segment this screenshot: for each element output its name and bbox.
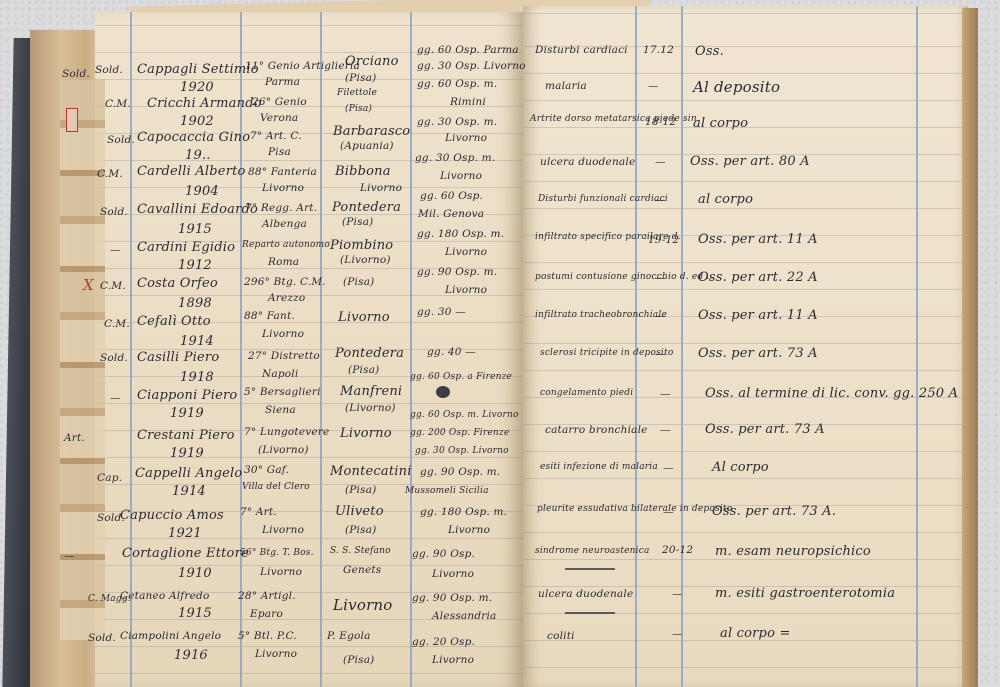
rank: — (110, 244, 121, 256)
unit: 88° Fant. (244, 310, 295, 322)
soldier-name: Crestani Piero (137, 428, 235, 443)
column-rule (130, 12, 132, 687)
district: Villa del Clero (242, 482, 310, 492)
diagnosis: coliti (547, 630, 575, 642)
hospital-record: gg. 30 — (417, 306, 466, 318)
hospital-record: gg. 30 Osp. m. (415, 152, 495, 164)
rank: Sold. (88, 632, 116, 644)
date: — (655, 272, 666, 284)
diagnosis: pleurite essudativa bilaterale in deposi… (537, 504, 732, 514)
rank: — (64, 550, 75, 562)
unit: 88° Fanteria (248, 166, 317, 178)
diagnosis: catarro bronchiale (545, 424, 648, 436)
birth-year: 1919 (170, 446, 204, 461)
date: 18-12 (645, 116, 676, 128)
district: Livorno (262, 524, 304, 536)
district: (Livorno) (258, 444, 309, 456)
district: Roma (268, 256, 299, 268)
column-rule (410, 12, 412, 687)
rank: Cap. (97, 472, 122, 484)
origin-sub: (Pisa) (345, 484, 376, 496)
unit: 5° Bersaglieri (244, 386, 321, 398)
hospital-record-2: Mil. Genova (418, 208, 484, 220)
district: Livorno (260, 566, 302, 578)
origin-sub: (Pisa) (345, 72, 376, 84)
date: — (660, 388, 671, 400)
soldier-name: Ciampolini Angelo (120, 630, 221, 642)
unit: 28° Artigl. (238, 590, 296, 602)
birth-year: 1912 (178, 258, 212, 273)
district: Albenga (262, 218, 307, 230)
diagnosis: ulcera duodenale (540, 156, 635, 168)
hospital-record-2: Alessandria (432, 610, 497, 622)
origin-sub: (Livorno) (340, 254, 391, 266)
origin: (Pisa) (343, 276, 374, 288)
red-tab-marker (66, 108, 78, 132)
hospital-record: gg. 40 — (427, 346, 476, 358)
outcome: Oss. per art. 11 A (698, 308, 818, 323)
date: — (663, 462, 674, 474)
district: Livorno (255, 648, 297, 660)
origin: S. S. Stefano (330, 546, 391, 556)
hospital-record: gg. 90 Osp. m. (420, 466, 500, 478)
soldier-name: Casilli Piero (137, 350, 219, 365)
district: Livorno (262, 182, 304, 194)
hospital-record: gg. 20 Osp. (412, 636, 475, 648)
soldier-name: Cetaneo Alfredo (120, 590, 209, 602)
origin: Livorno (340, 426, 392, 441)
outcome: Oss. per art. 73 A (705, 422, 825, 437)
hospital-record: gg. 30 Osp. m. (417, 116, 497, 128)
origin-sub: Genets (343, 564, 381, 576)
birth-year: 1916 (174, 648, 208, 663)
birth-year: 1921 (168, 526, 202, 541)
rank: Art. (64, 432, 85, 444)
soldier-name: Costa Orfeo (137, 276, 218, 291)
soldier-name: Cavallini Edoardo (137, 202, 258, 217)
origin: Orciano (345, 54, 399, 69)
soldier-name: Capocaccia Gino (137, 130, 250, 145)
unit: 27° Distretto (248, 350, 320, 362)
rank: Sold. (95, 64, 123, 76)
rank: C.M. (97, 168, 123, 180)
hospital-record-2: gg. 30 Osp. Livorno (417, 60, 526, 72)
column-rule (240, 12, 242, 687)
origin-sub: Livorno (360, 182, 402, 194)
date: — (655, 348, 666, 360)
outcome: Oss. per art. 22 A (698, 270, 818, 285)
outcome: m. esiti gastroenterotomia (715, 586, 895, 601)
unit: 11° Genio Artiglieria (245, 60, 360, 72)
unit: 296° Btg. C.M. (244, 276, 326, 288)
outcome: m. esam neuropsichico (715, 544, 871, 559)
rank: Sold. (107, 134, 135, 146)
origin: Manfreni (340, 384, 402, 399)
district: Arezzo (268, 292, 305, 304)
diagnosis: sclerosi tricipite in deposito (540, 348, 673, 358)
unit: 30° Gaf. (244, 464, 289, 476)
diagnosis: congelamento piedi (540, 388, 633, 398)
origin-sub: (Pisa) (348, 364, 379, 376)
unit: Reparto autonomo (242, 240, 330, 250)
birth-year: 1918 (180, 370, 214, 385)
hospital-record: gg. 60 Osp. m. (417, 78, 497, 90)
origin-sub: (Pisa) (345, 104, 372, 114)
soldier-name: Capuccio Amos (120, 508, 224, 523)
district: Verona (260, 112, 298, 124)
date: — (648, 80, 659, 92)
district: Napoli (262, 368, 298, 380)
origin-sub: (Livorno) (345, 402, 396, 414)
column-rule (681, 6, 683, 687)
diagnosis: sindrome neuroastenica (535, 546, 650, 556)
origin-sub: (Pisa) (342, 216, 373, 228)
separator-stroke (565, 568, 615, 570)
hospital-record-2: Livorno (445, 246, 487, 258)
date: — (660, 424, 671, 436)
rank: C.M. (105, 98, 131, 110)
hospital-record-2: Livorno (445, 132, 487, 144)
date: — (672, 588, 683, 600)
origin-sub: (Pisa) (345, 524, 376, 536)
date: 19-12 (648, 234, 679, 246)
unit: 56° Btg. T. Bos. (240, 548, 314, 558)
margin-rank: Sold. (62, 68, 90, 80)
diagnosis: ulcera duodenale (538, 588, 633, 600)
unit: 26° Genio (252, 96, 307, 108)
hospital-record-2: gg. 60 Osp. m. Livorno (410, 410, 519, 420)
unit: 7° Art. C. (250, 130, 302, 142)
birth-year: 1919 (170, 406, 204, 421)
district: Parma (265, 76, 300, 88)
date: 20-12 (662, 544, 693, 556)
diagnosis: infiltrato tracheobronchiale (535, 310, 667, 320)
red-x-mark: X (83, 276, 94, 294)
page-edges-right (962, 8, 978, 687)
column-rule (916, 6, 918, 687)
origin: Bibbona (335, 164, 391, 179)
hospital-record-2: Rimini (450, 96, 486, 108)
unit: 7° Art. (240, 506, 277, 518)
birth-year: 1904 (185, 184, 219, 199)
birth-year: 1915 (178, 606, 212, 621)
hospital-record: gg. 60 Osp. a Firenze (410, 372, 512, 382)
origin: Montecatini (330, 464, 412, 479)
origin: Livorno (333, 596, 393, 614)
hospital-record-2: gg. 30 Osp. Livorno (415, 446, 509, 456)
rank: — (110, 392, 121, 404)
birth-year: 1910 (178, 566, 212, 581)
hospital-record-2: Livorno (445, 284, 487, 296)
origin: Pontedera (332, 200, 401, 215)
outcome: Oss. al termine di lic. conv. gg. 250 A (705, 386, 958, 401)
hospital-record: gg. 60 Osp. Parma (417, 44, 519, 56)
birth-year: 1920 (180, 80, 214, 95)
birth-year: 1898 (178, 296, 212, 311)
soldier-name: Cortaglione Ettore (122, 546, 249, 561)
outcome: Oss. per art. 11 A (698, 232, 818, 247)
district: Eparo (250, 608, 283, 620)
origin: Barbarasco (333, 124, 410, 139)
outcome: al corpo (693, 116, 748, 131)
unit: 5° Btl. P.C. (238, 630, 297, 642)
origin: Filettole (337, 88, 377, 98)
date: — (672, 628, 683, 640)
hospital-record-2: Livorno (432, 654, 474, 666)
district: Siena (265, 404, 296, 416)
separator-stroke (565, 612, 615, 614)
soldier-name: Cefalì Otto (137, 314, 211, 329)
origin-sub: (Apuania) (340, 140, 394, 152)
date: — (663, 506, 674, 518)
date: 17.12 (643, 44, 674, 56)
soldier-name: Ciapponi Piero (137, 388, 237, 403)
birth-year: 1915 (178, 222, 212, 237)
origin: P. Egola (327, 630, 371, 642)
origin: Piombino (330, 238, 393, 253)
district: Pisa (268, 146, 291, 158)
hospital-record-2: Livorno (432, 568, 474, 580)
diagnosis: esiti infezione di malaria (540, 462, 658, 472)
soldier-name: Cardini Egidio (137, 240, 235, 255)
hospital-record: gg. 60 Osp. (420, 190, 483, 202)
district: Livorno (262, 328, 304, 340)
date: — (655, 194, 666, 206)
outcome: Al corpo (712, 460, 769, 475)
outcome: al corpo = (720, 626, 791, 641)
origin: Uliveto (335, 504, 384, 519)
soldier-name: Cricchi Armando (147, 96, 262, 111)
outcome: Oss. (695, 44, 724, 59)
ink-blot (436, 386, 450, 398)
unit: 7° Regg. Art. (245, 202, 317, 214)
diagnosis: postumi contusione ginocchio d. ed ... (535, 272, 716, 282)
birth-year: 19.. (185, 148, 211, 163)
birth-year: 1914 (172, 484, 206, 499)
diagnosis: Disturbi funzionali cardiaci (538, 194, 668, 204)
hospital-record: gg. 180 Osp. m. (417, 228, 504, 240)
hospital-record: gg. 90 Osp. (412, 548, 475, 560)
origin: Livorno (338, 310, 390, 325)
hospital-record-2: Livorno (448, 524, 490, 536)
birth-year: 1902 (180, 114, 214, 129)
rank: Sold. (100, 352, 128, 364)
hospital-record: gg. 90 Osp. m. (412, 592, 492, 604)
outcome: Oss. per art. 80 A (690, 154, 810, 169)
hospital-record: gg. 180 Osp. m. (420, 506, 507, 518)
soldier-name: Cardelli Alberto (137, 164, 246, 179)
soldier-name: Cappagli Settimio (137, 62, 259, 77)
unit: 7° Lungotevere (244, 426, 329, 438)
diagnosis: malaria (545, 80, 587, 92)
outcome: Oss. per art. 73 A. (712, 504, 836, 519)
date: — (655, 310, 666, 322)
rank: C.M. (100, 280, 126, 292)
outcome: al corpo (698, 192, 753, 207)
column-rule (320, 12, 322, 687)
date: — (655, 156, 666, 168)
hospital-record-2: Livorno (440, 170, 482, 182)
hospital-record: gg. 90 Osp. m. (417, 266, 497, 278)
hospital-record: gg. 200 Osp. Firenze (410, 428, 509, 438)
origin: Pontedera (335, 346, 404, 361)
birth-year: 1914 (180, 334, 214, 349)
outcome: Oss. per art. 73 A (698, 346, 818, 361)
diagnosis: Disturbi cardiaci (535, 44, 628, 56)
rank: C.M. (104, 318, 130, 330)
hospital-record-2: Mussomeli Sicilia (405, 486, 489, 496)
origin-sub: (Pisa) (343, 654, 374, 666)
column-rule (635, 6, 637, 687)
rank: Sold. (100, 206, 128, 218)
soldier-name: Cappelli Angelo (135, 466, 242, 481)
outcome: Al deposito (693, 78, 780, 96)
